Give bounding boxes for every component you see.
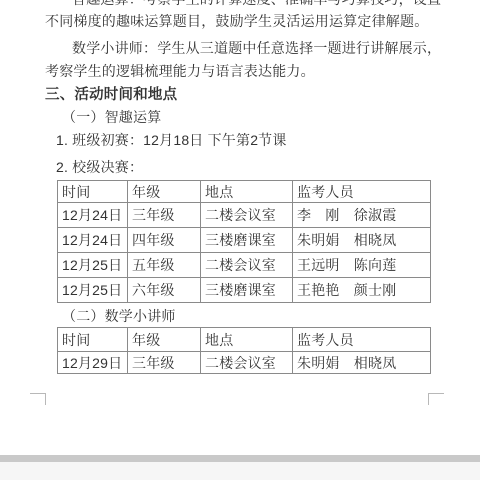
document-page: 智趣运算：考察学生的计算速度、准确率与巧算技巧，设置 不同梯度的趣味运算题目，鼓… <box>0 0 480 455</box>
subsection2-heading: （二）数学小讲师 <box>62 306 176 326</box>
cell-time: 12月25日 <box>58 253 128 278</box>
text-boundary-mark-bottom-left <box>30 393 46 405</box>
page-gap-background <box>0 462 480 480</box>
cell-grade: 五年级 <box>128 253 201 278</box>
lecturer-schedule-table: 时间 年级 地点 监考人员 12月29日 三年级 二楼会议室 朱明娟 相晓凤 <box>57 327 431 374</box>
table-header-row: 时间 年级 地点 监考人员 <box>58 328 431 352</box>
subsection1-heading: （一）智趣运算 <box>62 107 161 127</box>
cell-grade: 四年级 <box>128 228 201 253</box>
header-cell-proctors: 监考人员 <box>293 181 431 203</box>
cell-time: 12月24日 <box>58 203 128 228</box>
cell-time: 12月25日 <box>58 278 128 303</box>
cell-grade: 六年级 <box>128 278 201 303</box>
table-row: 12月24日 四年级 三楼磨课室 朱明娟 相晓凤 <box>58 228 431 253</box>
finals-schedule-table: 时间 年级 地点 监考人员 12月24日 三年级 二楼会议室 李 刚 徐淑霞 1… <box>57 180 431 303</box>
table-row: 12月29日 三年级 二楼会议室 朱明娟 相晓凤 <box>58 352 431 374</box>
cell-location: 二楼会议室 <box>201 203 293 228</box>
header-cell-location: 地点 <box>201 181 293 203</box>
cell-time: 12月24日 <box>58 228 128 253</box>
page-bottom-edge <box>0 455 480 462</box>
cell-proctors: 王远明 陈向莲 <box>293 253 431 278</box>
cell-location: 三楼磨课室 <box>201 228 293 253</box>
document-viewer: 智趣运算：考察学生的计算速度、准确率与巧算技巧，设置 不同梯度的趣味运算题目，鼓… <box>0 0 480 480</box>
paragraph1-line2: 不同梯度的趣味运算题目，鼓励学生灵活运用运算定律解题。 <box>45 11 428 31</box>
header-cell-time: 时间 <box>58 328 128 352</box>
cell-proctors: 朱明娟 相晓凤 <box>293 352 431 374</box>
header-cell-proctors: 监考人员 <box>293 328 431 352</box>
paragraph2-line1: 数学小讲师：学生从三道题中任意选择一题进行讲解展示， <box>72 38 441 58</box>
cell-location: 二楼会议室 <box>201 352 293 374</box>
cell-proctors: 李 刚 徐淑霞 <box>293 203 431 228</box>
header-cell-time: 时间 <box>58 181 128 203</box>
table-header-row: 时间 年级 地点 监考人员 <box>58 181 431 203</box>
header-cell-location: 地点 <box>201 328 293 352</box>
table-row: 12月25日 五年级 二楼会议室 王远明 陈向莲 <box>58 253 431 278</box>
table-row: 12月25日 六年级 三楼磨课室 王艳艳 颜士刚 <box>58 278 431 303</box>
cell-time: 12月29日 <box>58 352 128 374</box>
text-boundary-mark-bottom-right <box>428 393 444 405</box>
cell-location: 三楼磨课室 <box>201 278 293 303</box>
paragraph1-line1-clipped: 智趣运算：考察学生的计算速度、准确率与巧算技巧，设置 <box>72 0 441 9</box>
section-heading: 三、活动时间和地点 <box>45 85 177 105</box>
paragraph2-line2: 考察学生的逻辑梳理能力与语言表达能力。 <box>45 61 315 81</box>
cell-grade: 三年级 <box>128 352 201 374</box>
cell-grade: 三年级 <box>128 203 201 228</box>
cell-location: 二楼会议室 <box>201 253 293 278</box>
header-cell-grade: 年级 <box>128 181 201 203</box>
table-row: 12月24日 三年级 二楼会议室 李 刚 徐淑霞 <box>58 203 431 228</box>
cell-proctors: 王艳艳 颜士刚 <box>293 278 431 303</box>
header-cell-grade: 年级 <box>128 328 201 352</box>
list-item-final-round: 2. 校级决赛： <box>56 157 143 177</box>
list-item-preliminary-round: 1. 班级初赛：12月18日 下午第2节课 <box>56 130 287 150</box>
cell-proctors: 朱明娟 相晓凤 <box>293 228 431 253</box>
